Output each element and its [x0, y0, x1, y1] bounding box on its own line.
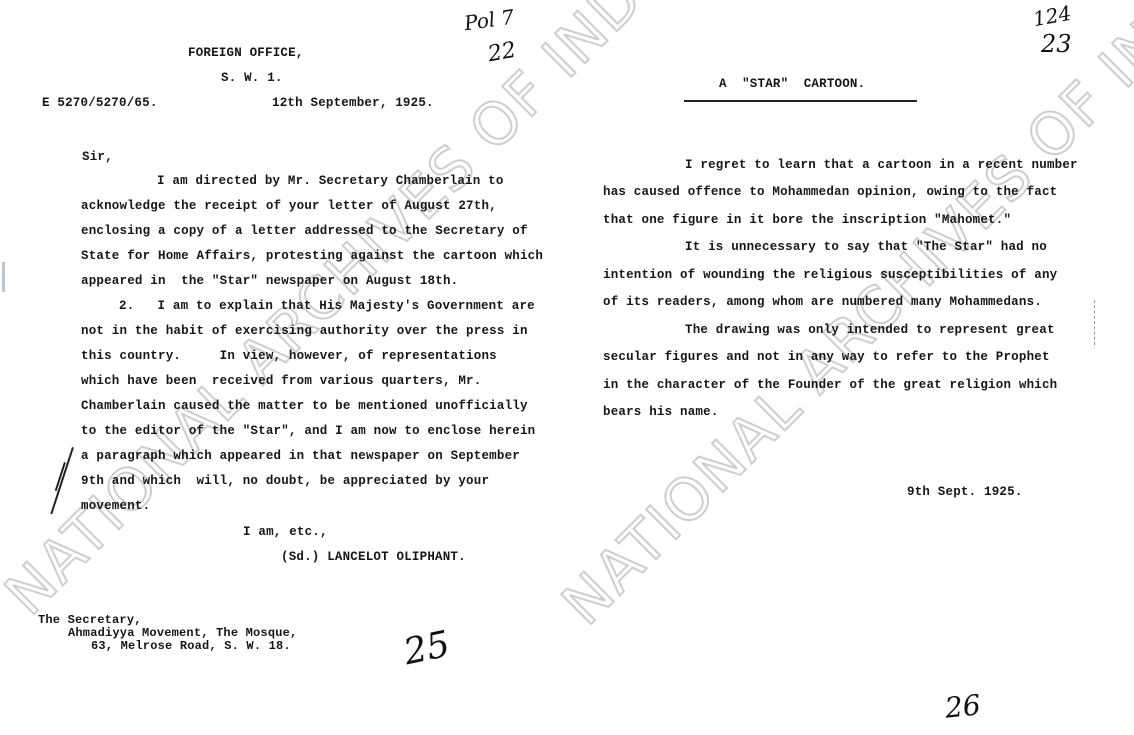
reference-number: E 5270/5270/65. [42, 96, 158, 110]
paragraph-3-line: in the character of the Founder of the g… [603, 378, 1057, 392]
document-title: A "STAR" CARTOON. [719, 77, 865, 91]
paragraph-2-line: this country. In view, however, of repre… [81, 349, 497, 363]
letterhead-address: S. W. 1. [221, 71, 283, 85]
paragraph-1-line: I regret to learn that a cartoon in a re… [685, 158, 1078, 172]
paragraph-1-line: acknowledge the receipt of your letter o… [81, 199, 497, 213]
handwritten-annotation: Pol 7 [463, 5, 516, 36]
paragraph-2-line: to the editor of the "Star", and I am no… [81, 424, 535, 438]
paragraph-1-line: has caused offence to Mohammedan opinion… [603, 185, 1057, 199]
salutation: Sir, [82, 150, 113, 164]
paragraph-2-line: 9th and which will, no doubt, be appreci… [81, 474, 489, 488]
foreign-office-letter: NATIONAL ARCHIVES OF INDIA FOREIGN OFFIC… [0, 0, 567, 735]
paragraph-1-line: that one figure in it bore the inscripti… [603, 213, 1011, 227]
paragraph-1-line: enclosing a copy of a letter addressed t… [81, 224, 528, 238]
paragraph-2-line: a paragraph which appeared in that newsp… [81, 449, 520, 463]
handwritten-page-number: 25 [400, 624, 453, 674]
star-cartoon-statement: NATIONAL ARCHIVES OF INDIA A "STAR" CART… [567, 0, 1134, 735]
closing: I am, etc., [243, 525, 328, 539]
watermark: NATIONAL ARCHIVES OF INDIA [549, 0, 1134, 638]
margin-dotted-line [1094, 300, 1095, 345]
paragraph-2-line: It is unnecessary to say that "The Star"… [685, 240, 1047, 254]
paragraph-2-line: which have been received from various qu… [81, 374, 481, 388]
paragraph-2-line: movement. [81, 499, 150, 513]
addressee-line: 63, Melrose Road, S. W. 18. [91, 639, 291, 653]
paragraph-2-line: of its readers, among whom are numbered … [603, 295, 1042, 309]
paragraph-1-line: appeared in the "Star" newspaper on Augu… [81, 274, 458, 288]
letterhead-office: FOREIGN OFFICE, [188, 46, 304, 60]
paragraph-1-line: I am directed by Mr. Secretary Chamberla… [157, 174, 504, 188]
scan-edge-mark [2, 262, 5, 292]
handwritten-annotation: 124 [1031, 1, 1073, 31]
addressee-line: Ahmadiyya Movement, The Mosque, [68, 626, 297, 640]
paragraph-3-line: The drawing was only intended to represe… [685, 323, 1055, 337]
paragraph-1-line: State for Home Affairs, protesting again… [81, 249, 543, 263]
handwritten-page-number: 22 [486, 38, 518, 67]
statement-date: 9th Sept. 1925. [907, 485, 1023, 499]
paragraph-3-line: secular figures and not in any way to re… [603, 350, 1050, 364]
margin-pen-mark [50, 447, 73, 514]
paragraph-2-line: 2. I am to explain that His Majesty's Go… [119, 299, 535, 313]
title-underline [684, 100, 917, 102]
paragraph-3-line: bears his name. [603, 405, 719, 419]
handwritten-page-number: 23 [1041, 30, 1072, 58]
addressee-line: The Secretary, [38, 613, 142, 627]
signature: (Sd.) LANCELOT OLIPHANT. [281, 550, 466, 564]
paragraph-2-line: intention of wounding the religious susc… [603, 268, 1057, 282]
paragraph-2-line: not in the habit of exercising authority… [81, 324, 528, 338]
letter-date: 12th September, 1925. [272, 96, 434, 110]
paragraph-2-line: Chamberlain caused the matter to be ment… [81, 399, 528, 413]
handwritten-page-number: 26 [943, 688, 982, 725]
